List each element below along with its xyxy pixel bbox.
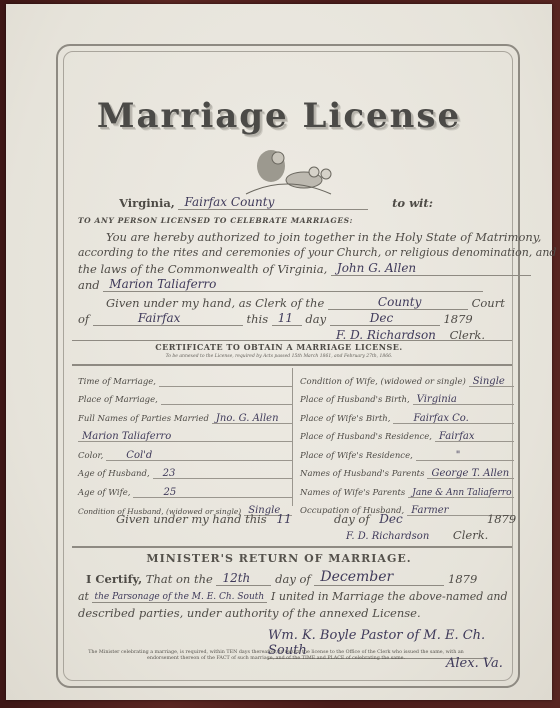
field-label: Place of Husband's Birth, bbox=[300, 395, 410, 405]
this-label: this bbox=[247, 312, 269, 326]
clerk-signature: F. D. Richardson bbox=[346, 531, 429, 542]
field-value: George T. Allen bbox=[431, 468, 509, 479]
cherub-doves-vignette-icon bbox=[226, 144, 346, 199]
field-condition-wife: Condition of Wife, (widowed or single)Si… bbox=[294, 368, 514, 387]
divider bbox=[72, 546, 512, 548]
certify-line: I Certify, That on the 12th day of Decem… bbox=[86, 572, 526, 586]
court-type-handwritten: County bbox=[378, 295, 421, 309]
field-label: Full Names of Parties Married bbox=[78, 414, 209, 424]
day-handwritten: 12th bbox=[222, 571, 250, 585]
divider bbox=[72, 340, 512, 341]
described-line: described parties, under authority of th… bbox=[78, 606, 518, 620]
field-label: Time of Marriage, bbox=[78, 377, 156, 387]
body-line-2: according to the rites and ceremonies of… bbox=[78, 246, 518, 259]
field-wife-parents: Names of Wife's ParentsJane & Ann Taliaf… bbox=[294, 479, 514, 498]
year-value: 1879 bbox=[448, 572, 477, 586]
certificate-right-column: Condition of Wife, (widowed or single)Si… bbox=[294, 368, 514, 516]
field-time-of-marriage: Time of Marriage, bbox=[72, 368, 292, 387]
field-age-husband: Age of Husband,23 bbox=[72, 461, 292, 480]
field-value: Col'd bbox=[126, 450, 152, 461]
salutation: TO ANY PERSON LICENSED TO CELEBRATE MARR… bbox=[78, 216, 518, 225]
field-husband-residence: Place of Husband's Residence,Fairfax bbox=[294, 424, 514, 443]
commonwealth-label: the laws of the Commonwealth of Virginia… bbox=[78, 262, 327, 276]
to-wit-label: to wit: bbox=[392, 196, 433, 210]
field-label: Place of Husband's Residence, bbox=[300, 432, 432, 442]
day-handwritten: 11 bbox=[276, 512, 291, 526]
field-value: Virginia bbox=[417, 394, 457, 405]
field-value: 23 bbox=[163, 468, 176, 479]
place-handwritten: Fairfax bbox=[138, 311, 181, 325]
field-value: Fairfax Co. bbox=[413, 413, 468, 424]
certificate-subtitle: To be annexed to the License, required b… bbox=[6, 354, 552, 359]
field-husband-birthplace: Place of Husband's Birth,Virginia bbox=[294, 387, 514, 406]
clerk-label: Clerk. bbox=[453, 528, 488, 542]
certificate-left-column: Time of Marriage, Place of Marriage, Ful… bbox=[72, 368, 293, 506]
groom-name-handwritten: John G. Allen bbox=[337, 261, 416, 275]
day-handwritten: 11 bbox=[278, 311, 293, 325]
bride-name-handwritten: Marion Taliaferro bbox=[109, 277, 216, 291]
clerk-given-line: Given under my hand, as Clerk of the Cou… bbox=[106, 296, 546, 310]
field-value: Single bbox=[473, 376, 505, 387]
field-full-names-cont: Marion Taliaferro bbox=[72, 424, 292, 443]
margin-note-handwritten: Alex. Va. bbox=[446, 656, 503, 671]
field-label: Color, bbox=[78, 451, 103, 461]
field-label: Place of Wife's Residence, bbox=[300, 451, 413, 461]
field-value: Marion Taliaferro bbox=[82, 431, 171, 442]
year-value: 1879 bbox=[443, 312, 472, 326]
field-age-wife: Age of Wife,25 bbox=[72, 479, 292, 498]
field-wife-birthplace: Place of Wife's Birth,Fairfax Co. bbox=[294, 405, 514, 424]
document-title: Marriage License bbox=[6, 96, 552, 136]
field-label: Age of Husband, bbox=[78, 469, 150, 479]
place-handwritten: the Parsonage of the M. E. Ch. South bbox=[94, 592, 264, 602]
jurisdiction-line: Virginia, Fairfax County to wit: bbox=[56, 196, 496, 210]
month-handwritten: Dec bbox=[379, 512, 402, 526]
field-value: 25 bbox=[163, 487, 176, 498]
that-on-label: That on the bbox=[146, 572, 213, 586]
field-label: Age of Wife, bbox=[78, 488, 130, 498]
minister-footnote: The Minister celebrating a marriage, is … bbox=[76, 650, 476, 662]
day-label: day bbox=[305, 312, 326, 326]
month-handwritten: Dec bbox=[370, 311, 393, 325]
given-label: Given under my hand this bbox=[116, 512, 267, 526]
field-label: Condition of Wife, (widowed or single) bbox=[300, 377, 466, 387]
marriage-license-document: Marriage License Virginia, Fairfax Count… bbox=[6, 4, 552, 700]
day-of-label: day of bbox=[275, 572, 311, 586]
year-value: 1879 bbox=[487, 512, 516, 526]
at-label: at bbox=[78, 590, 89, 603]
given-label: Given under my hand, as Clerk of the bbox=[106, 296, 324, 310]
field-value: " bbox=[456, 450, 461, 461]
field-full-names: Full Names of Parties MarriedJno. G. All… bbox=[72, 405, 292, 424]
certificate-fields: Time of Marriage, Place of Marriage, Ful… bbox=[72, 368, 512, 496]
field-label: Place of Wife's Birth, bbox=[300, 414, 390, 424]
minister-return-title: MINISTER'S RETURN OF MARRIAGE. bbox=[6, 552, 552, 565]
field-label: Names of Wife's Parents bbox=[300, 488, 405, 498]
state-label: Virginia, bbox=[119, 196, 175, 210]
county-handwritten: Fairfax County bbox=[184, 195, 274, 209]
field-color: Color,Col'd bbox=[72, 442, 292, 461]
month-handwritten: December bbox=[320, 569, 393, 585]
field-label: Names of Husband's Parents bbox=[300, 469, 424, 479]
field-wife-residence: Place of Wife's Residence," bbox=[294, 442, 514, 461]
certificate-clerk-line: F. D. Richardson Clerk. bbox=[346, 528, 560, 542]
certificate-title: CERTIFICATE TO OBTAIN A MARRIAGE LICENSE… bbox=[6, 342, 552, 352]
of-label: of bbox=[78, 312, 89, 326]
date-line: of Fairfax this 11 day Dec 1879 bbox=[78, 312, 518, 326]
field-husband-parents: Names of Husband's ParentsGeorge T. Alle… bbox=[294, 461, 514, 480]
body-line-1: You are hereby authorized to join togeth… bbox=[106, 230, 546, 244]
field-place-of-marriage: Place of Marriage, bbox=[72, 387, 292, 406]
certificate-given-line: Given under my hand this 11 day of Dec 1… bbox=[116, 512, 556, 526]
and-label: and bbox=[78, 278, 100, 292]
field-value: Fairfax bbox=[439, 431, 475, 442]
court-label: Court bbox=[472, 296, 505, 310]
place-line: at the Parsonage of the M. E. Ch. South … bbox=[78, 590, 518, 603]
certify-label: I Certify, bbox=[86, 572, 142, 586]
field-label: Place of Marriage, bbox=[78, 395, 158, 405]
field-value: Jane & Ann Taliaferro bbox=[412, 488, 511, 498]
divider bbox=[72, 364, 512, 366]
body-line-3: the laws of the Commonwealth of Virginia… bbox=[78, 262, 518, 276]
united-label: I united in Marriage the above-named and bbox=[271, 590, 508, 603]
bride-line: and Marion Taliaferro bbox=[78, 278, 518, 292]
day-of-label: day of bbox=[334, 512, 370, 526]
field-value: Jno. G. Allen bbox=[216, 413, 279, 424]
